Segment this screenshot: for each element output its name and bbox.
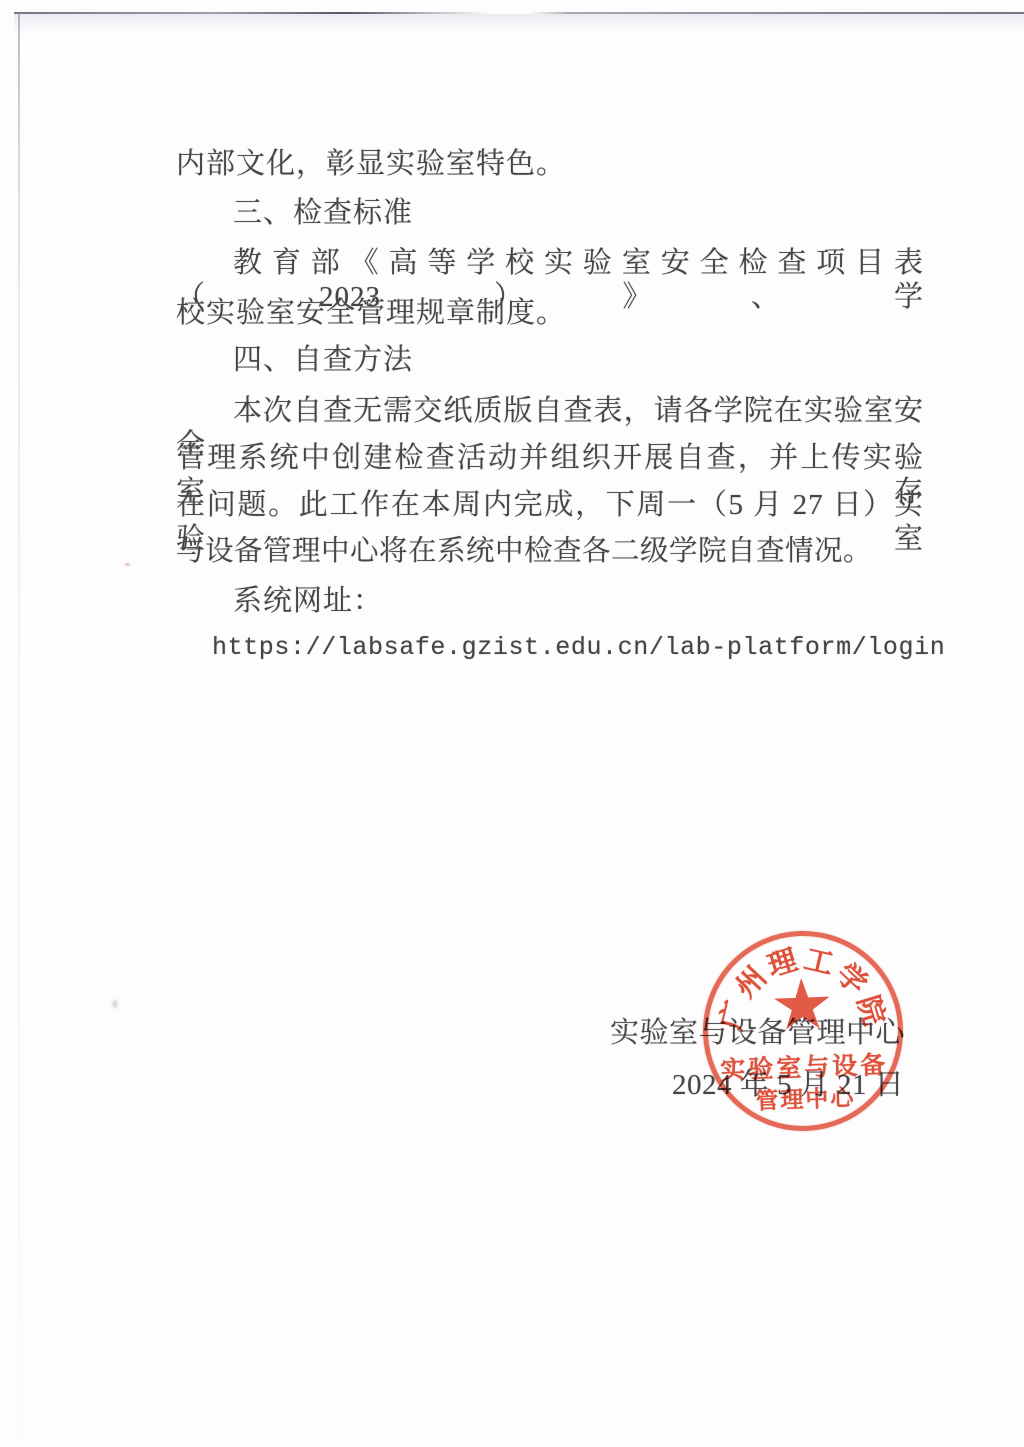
- url-label: 系统网址：: [233, 584, 383, 618]
- body-line: 校实验室安全管理规章制度。: [176, 296, 566, 330]
- signature-date: 2024 年 5 月 21 日: [672, 1062, 904, 1103]
- scan-edge-line-left: [18, 13, 20, 1443]
- scan-speck: [112, 1000, 118, 1008]
- section-heading: 三、检查标准: [233, 196, 413, 230]
- body-line: 内部文化，彰显实验室特色。: [176, 147, 566, 181]
- seal-arc-char: 州: [730, 962, 772, 1004]
- body-line: 与设备管理中心将在系统中检查各二级学院自查情况。: [176, 535, 872, 569]
- system-url: https://labsafe.gzist.edu.cn/lab-platfor…: [212, 631, 945, 665]
- seal-arc-char: 理: [764, 945, 801, 982]
- scan-shadow-band-top: [14, 14, 1024, 34]
- seal-arc-char: 学: [830, 958, 872, 1000]
- section-heading: 四、自查方法: [233, 343, 413, 377]
- seal-arc-char: 工: [801, 944, 837, 980]
- scanned-document-page: 内部文化，彰显实验室特色。 三、检查标准 教育部《高等学校实验室安全检查项目表（…: [0, 0, 1024, 1447]
- scan-speck: [125, 563, 130, 566]
- signature-department: 实验室与设备管理中心: [610, 1010, 905, 1051]
